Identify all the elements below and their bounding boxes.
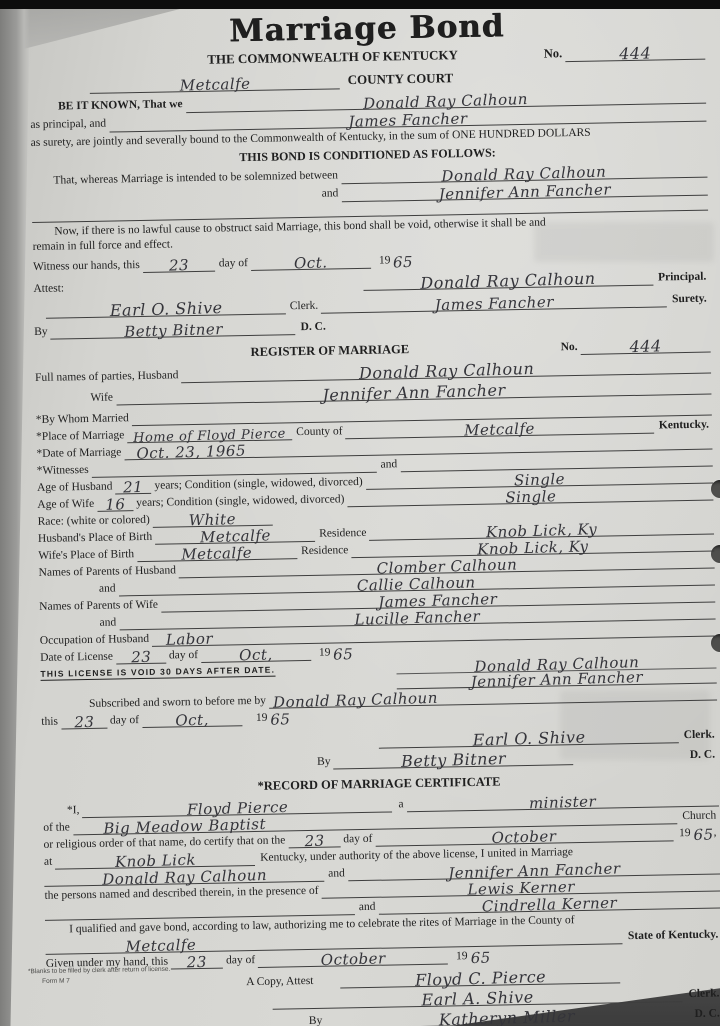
and-label: and [322,188,342,203]
given-day-line: 23 [171,953,223,969]
county-line: Metcalfe [90,74,340,94]
principal-signature: Donald Ray Calhoun [420,271,596,292]
register-no-line: 444 [580,337,710,354]
husband-residence-label: Residence [315,526,370,541]
register-dc-label: D. C. [690,748,719,763]
sworn-day-of-label: day of [107,714,142,729]
sworn-this-label: this [41,715,61,730]
certificate-and-label: and [324,867,348,882]
certificate-heading: *RECORD OF MARRIAGE CERTIFICATE [257,775,503,795]
witnesses-and-label: and [376,458,400,473]
husband-label: Full names of parties, Husband [35,369,182,386]
register-of-marriage-section: REGISTER OF MARRIAGE No. 444 Full names … [34,335,718,774]
day-of-label: day of [215,257,251,272]
given-month: October [320,951,385,968]
bond-no-value: 444 [619,45,651,62]
clerk-label: Clerk. [286,299,322,314]
by-label: By [34,325,51,340]
husband-parents-and-label: and [99,582,119,597]
certificate-dc-label: D. C. [688,1007,720,1022]
surety-signature: James Fancher [434,295,554,313]
sworn-month-line: Oct, [142,711,242,728]
bond-month-line: Oct. [251,254,371,271]
year-prefix: 19 [371,254,394,269]
marriage-certificate-section: *RECORD OF MARRIAGE CERTIFICATE *I, Floy… [42,769,720,1026]
certificate-day-of-label: day of [340,832,375,847]
certificate-by-label: By [309,1014,326,1026]
witness-hands-label: Witness our hands, this [33,258,143,274]
copy-sig-line: Floyd C. Pierce [340,968,620,988]
register-deputy-signature: Betty Bitner [401,751,506,770]
certificate-day-line: 23 [288,832,340,848]
principal-label: Principal. [653,270,710,285]
given-year-prefix: 19 [448,950,471,965]
license-day-of-label: day of [166,648,201,663]
surety-label: Surety. [667,292,710,307]
bond-day: 23 [169,258,190,274]
commonwealth-heading: THE COMMONWEALTH OF KENTUCKY [207,48,461,69]
bond-day-line: 23 [143,256,215,272]
bond-month: Oct. [294,255,328,271]
register-clerk-sig-line: Earl O. Shive [379,728,679,748]
deputy-sig-line: Betty Bitner [50,320,295,339]
sworn-day: 23 [74,715,95,731]
license-day-line: 23 [116,648,166,664]
register-clerk-signature: Earl O. Shive [472,729,585,748]
register-heading: REGISTER OF MARRIAGE [250,342,412,360]
wife-parents-and-label: and [99,616,119,631]
register-deputy-line: Betty Bitner [333,750,573,769]
as-principal-label: as principal, and [30,118,109,134]
kentucky-label: Kentucky. [654,418,712,433]
bond-no-line: 444 [565,44,705,62]
sworn-year-prefix: 19 [242,711,271,726]
age-husband-label: Age of Husband [37,480,116,496]
sworn-month: Oct, [175,712,209,728]
sworn-day-line: 23 [61,713,107,729]
county-of-label: County of [292,425,346,440]
certificate-deputy-signature: Katheryn Miller [439,1008,576,1026]
age-wife-line: 16 [97,496,133,512]
license-year-prefix: 19 [311,646,334,661]
county-court-label: COUNTY COURT [340,71,457,89]
given-day-of-label: day of [223,954,258,969]
marriage-bond-section: Marriage Bond THE COMMONWEALTH OF KENTUC… [28,7,710,340]
dc-label: D. C. [295,320,329,335]
deputy-signature: Betty Bitner [124,322,223,340]
wife-label: Wife [90,391,116,406]
county-name: Metcalfe [179,76,250,93]
wife-name: Jennifer Ann Fancher [322,382,506,403]
certificate-a-label: a [392,798,406,812]
witnesses-label: *Witnesses [37,463,92,478]
certificate-i-label: *I, [67,804,83,818]
license-date-label: Date of License [40,650,116,666]
copy-signature: Floyd C. Pierce [415,969,546,989]
given-year: 65 [470,950,491,966]
sworn-year: 65 [270,712,291,728]
form-footnote: *Blanks to be filled by clerk after retu… [28,965,171,987]
register-no-label: No. [561,340,581,355]
certificate-clerk-label: Clerk. [682,987,720,1002]
bond-no-label: No. [544,46,566,62]
register-no-value: 444 [629,338,661,355]
attest-label: Attest: [33,282,67,297]
husband-name: Donald Ray Calhoun [358,361,534,382]
of-the-label: of the [43,821,73,836]
clerk-signature: Earl O. Shive [109,300,222,319]
given-day: 23 [187,955,208,971]
principal-sig-line: Donald Ray Calhoun [363,270,653,290]
bond-year: 65 [393,255,414,271]
certificate-year-comma: , [713,826,719,840]
register-by-label: By [317,755,334,770]
witness-2-and-label: and [355,900,379,915]
certificate-at-label: at [44,855,56,869]
age-husband-line: 21 [115,479,151,495]
register-clerk-label: Clerk. [679,728,718,743]
wife-residence-label: Residence [297,544,352,559]
void-clause-2: remain in full force and effect. [33,238,177,255]
clerk-sig-line: Earl O. Shive [46,299,286,318]
certificate-clerk-signature: Earl A. Shive [421,989,534,1008]
given-month-line: October [258,949,448,967]
copy-attest-label: A Copy, Attest [246,974,317,990]
age-wife-label: Age of Wife [37,497,97,512]
church-label: Church [677,809,719,824]
certificate-year-prefix: 19 [673,827,694,842]
